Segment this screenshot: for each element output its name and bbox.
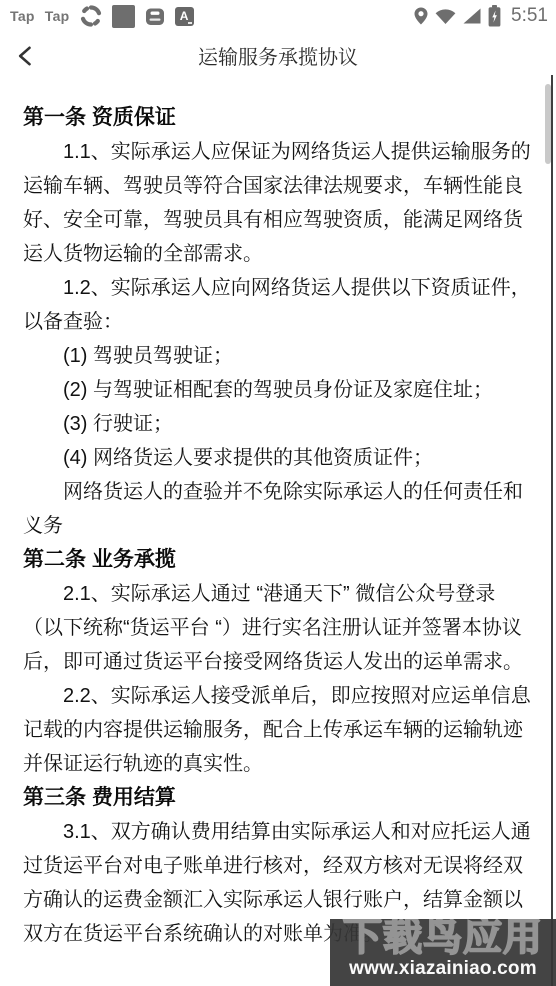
status-bar-left: Tap Tap A: [10, 5, 194, 28]
clock-time: 5:51: [511, 5, 548, 27]
back-button[interactable]: [14, 44, 38, 68]
status-bar-right: 5:51: [414, 5, 548, 27]
status-bar: Tap Tap A: [0, 0, 556, 30]
section-heading: 第三条 费用结算: [23, 781, 533, 815]
a-badge-dots: [188, 22, 192, 24]
paragraph: 2.1、实际承运人通过 “港通天下” 微信公众号登录（以下统称“货运平台 “）进…: [23, 577, 533, 679]
watermark-title: 下载鸟应用: [343, 919, 543, 958]
chevron-left-icon: [15, 45, 37, 67]
paragraph: 1.2、实际承运人应向网络货运人提供以下资质证件，以备查验：: [23, 271, 533, 339]
paragraph: 1.1、实际承运人应保证为网络货运人提供运输服务的运输车辆、驾驶员等符合国家法律…: [23, 135, 533, 271]
paragraph: (2) 与驾驶证相配套的驾驶员身份证及家庭住址；: [23, 373, 533, 407]
notification-tap-2: Tap: [45, 8, 70, 24]
a-badge-icon: A: [175, 7, 194, 26]
location-icon: [414, 7, 428, 25]
watermark-url: www.xiazainiao.com: [349, 958, 537, 980]
scrollbar-thumb[interactable]: [545, 84, 551, 164]
a-badge-letter: A: [180, 10, 189, 22]
paragraph: (1) 驾驶员驾驶证；: [23, 339, 533, 373]
paragraph: (4) 网络货运人要求提供的其他资质证件；: [23, 441, 533, 475]
filled-square-icon: [112, 5, 135, 28]
bag-app-icon: [145, 6, 165, 26]
paragraph: (3) 行驶证；: [23, 407, 533, 441]
right-edge-line: [551, 75, 553, 986]
watermark: 下载鸟应用 www.xiazainiao.com: [330, 919, 556, 986]
section-heading: 第二条 业务承揽: [23, 543, 533, 577]
nav-bar: 运输服务承揽协议: [0, 30, 556, 80]
battery-charging-icon: [488, 5, 501, 27]
paragraph: 2.2、实际承运人接受派单后，即应按照对应运单信息记载的内容提供运输服务，配合上…: [23, 679, 533, 781]
section-heading: 第一条 资质保证: [23, 101, 533, 135]
app-screen: Tap Tap A: [0, 0, 556, 986]
notification-tap-1: Tap: [10, 8, 35, 24]
sync-circle-icon: [80, 5, 102, 27]
page-title: 运输服务承揽协议: [198, 41, 358, 70]
agreement-document[interactable]: 第一条 资质保证1.1、实际承运人应保证为网络货运人提供运输服务的运输车辆、驾驶…: [0, 80, 556, 986]
paragraph: 网络货运人的查验并不免除实际承运人的任何责任和义务: [23, 475, 533, 543]
cellular-signal-icon: [463, 8, 481, 24]
wifi-icon: [435, 8, 456, 25]
